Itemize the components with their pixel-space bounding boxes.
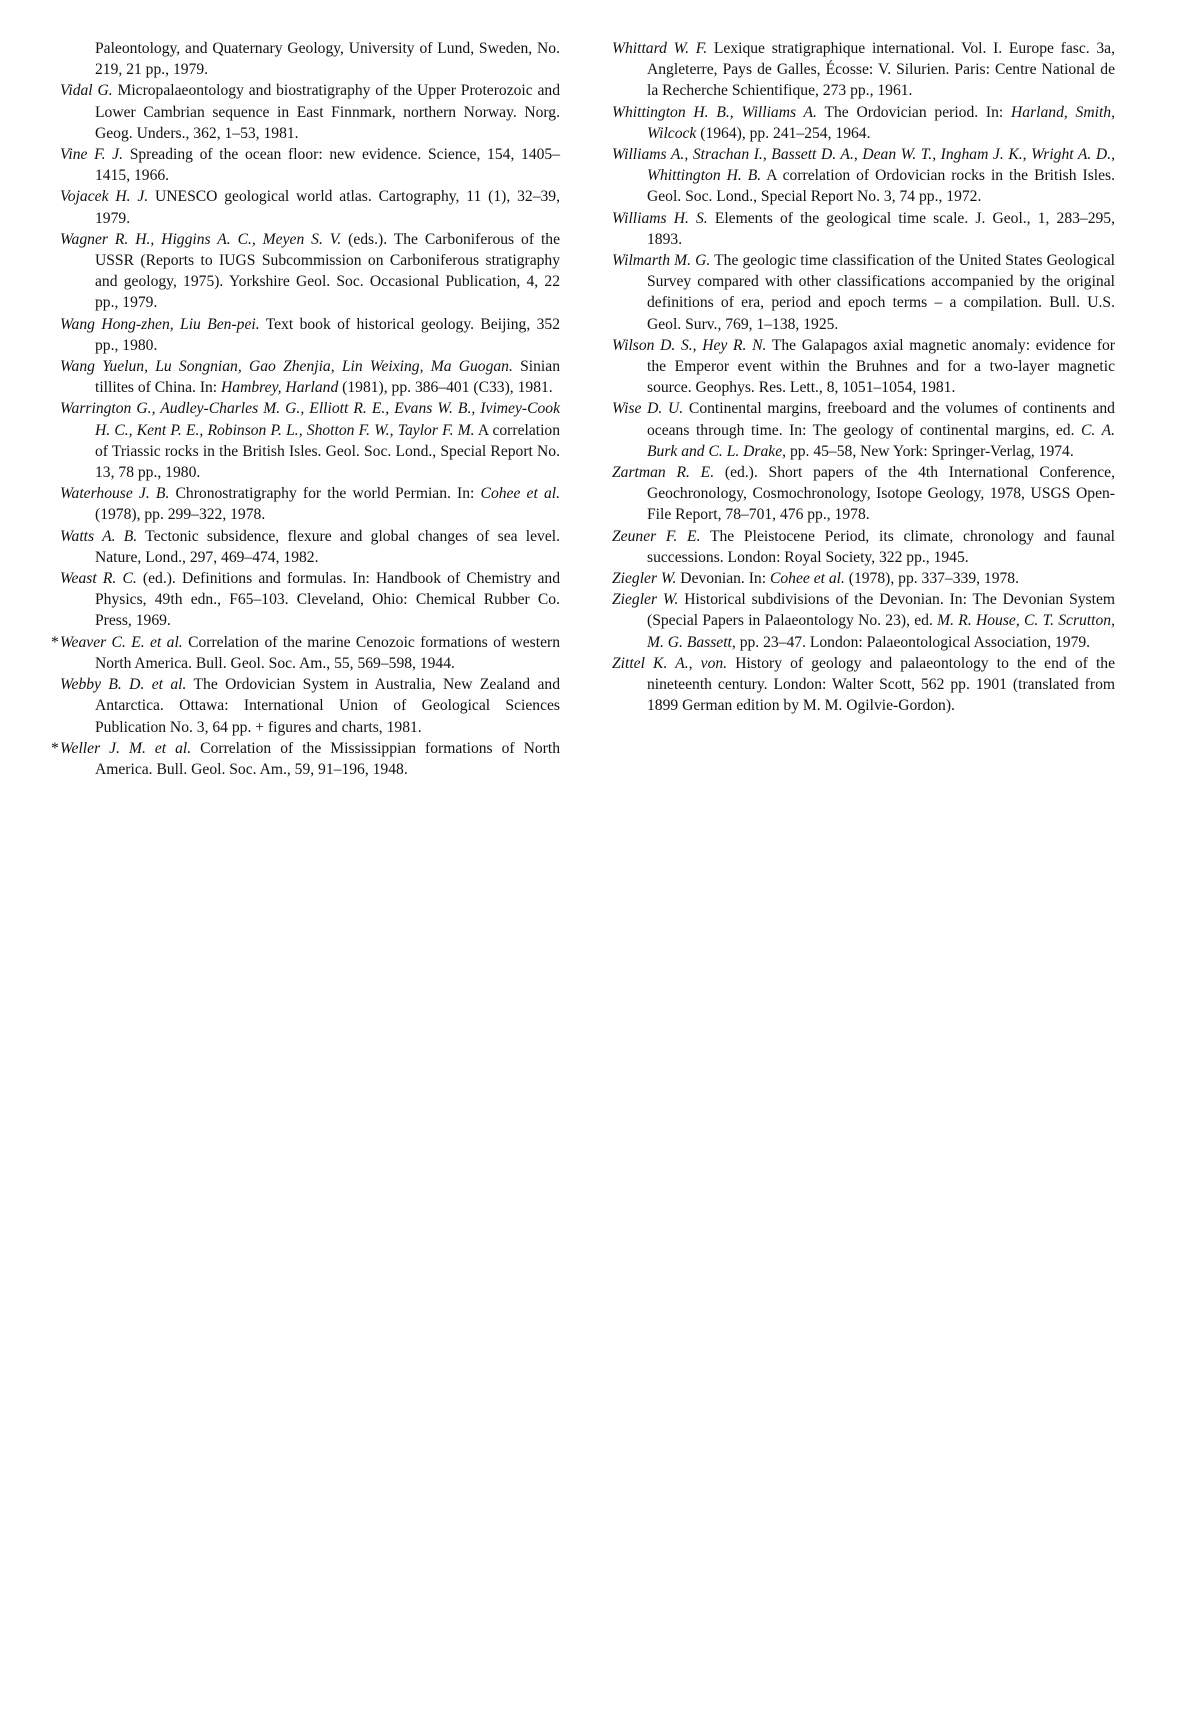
reference-entry: Williams A., Strachan I., Bassett D. A.,… bbox=[612, 144, 1115, 208]
reference-entry: Whittington H. B., Williams A. The Ordov… bbox=[612, 102, 1115, 144]
reference-entry: Zeuner F. E. The Pleistocene Period, its… bbox=[612, 526, 1115, 568]
reference-authors: Wise D. U. bbox=[612, 400, 683, 417]
reference-text: (1964), pp. 241–254, 1964. bbox=[696, 125, 870, 142]
reference-text: (1978), pp. 299–322, 1978. bbox=[95, 506, 265, 523]
reference-text: The Ordovician period. In: bbox=[817, 104, 1011, 121]
reference-entry: Wilmarth M. G. The geologic time classif… bbox=[612, 250, 1115, 335]
reference-text: Chronostratigraphy for the world Permian… bbox=[169, 485, 480, 502]
reference-entry: Weast R. C. (ed.). Definitions and formu… bbox=[60, 568, 560, 632]
reference-authors: Ziegler W. bbox=[612, 570, 676, 587]
reference-entry: Waterhouse J. B. Chronostratigraphy for … bbox=[60, 483, 560, 525]
reference-text: Paleontology, and Quaternary Geology, Un… bbox=[95, 40, 560, 78]
reference-italic-text: Cohee et al. bbox=[481, 485, 560, 502]
asterisk-marker: * bbox=[51, 738, 59, 759]
reference-entry: Watts A. B. Tectonic subsidence, flexure… bbox=[60, 526, 560, 568]
reference-authors: Vine F. J. bbox=[60, 146, 123, 163]
reference-entry: Vine F. J. Spreading of the ocean floor:… bbox=[60, 144, 560, 186]
reference-text: , pp. 23–47. London: Palaeontological As… bbox=[732, 634, 1090, 651]
reference-entry: Vidal G. Micropalaeontology and biostrat… bbox=[60, 80, 560, 144]
reference-authors: Webby B. D. et al. bbox=[60, 676, 186, 693]
reference-text: UNESCO geological world atlas. Cartograp… bbox=[95, 188, 560, 226]
reference-authors: Wilmarth M. G. bbox=[612, 252, 710, 269]
reference-authors: Williams H. S. bbox=[612, 210, 708, 227]
reference-authors: Weast R. C. bbox=[60, 570, 137, 587]
references-right-column: Whittard W. F. Lexique stratigraphique i… bbox=[612, 38, 1115, 717]
reference-entry: Wang Yuelun, Lu Songnian, Gao Zhenjia, L… bbox=[60, 356, 560, 398]
reference-text: Elements of the geological time scale. J… bbox=[647, 210, 1115, 248]
reference-text: Lexique stratigraphique international. V… bbox=[647, 40, 1115, 99]
reference-text: (ed.). Definitions and formulas. In: Han… bbox=[95, 570, 560, 629]
reference-authors: Whittington H. B., Williams A. bbox=[612, 104, 817, 121]
reference-authors: Watts A. B. bbox=[60, 528, 137, 545]
reference-entry: Wagner R. H., Higgins A. C., Meyen S. V.… bbox=[60, 229, 560, 314]
reference-entry: Wise D. U. Continental margins, freeboar… bbox=[612, 398, 1115, 462]
reference-authors: Wagner R. H., Higgins A. C., Meyen S. V. bbox=[60, 231, 341, 248]
reference-authors: Vojacek H. J. bbox=[60, 188, 148, 205]
reference-entry: Vojacek H. J. UNESCO geological world at… bbox=[60, 186, 560, 228]
reference-text: (ed.). Short papers of the 4th Internati… bbox=[647, 464, 1115, 523]
reference-authors: Whittard W. F. bbox=[612, 40, 707, 57]
reference-text: (1978), pp. 337–339, 1978. bbox=[845, 570, 1019, 587]
reference-text: (1981), pp. 386–401 (C33), 1981. bbox=[338, 379, 552, 396]
reference-authors: Vidal G. bbox=[60, 82, 113, 99]
reference-authors: Weaver C. E. et al. bbox=[60, 634, 183, 651]
reference-entry: Whittard W. F. Lexique stratigraphique i… bbox=[612, 38, 1115, 102]
reference-authors: Zeuner F. E. bbox=[612, 528, 701, 545]
reference-entry: Wilson D. S., Hey R. N. The Galapagos ax… bbox=[612, 335, 1115, 399]
reference-entry: Paleontology, and Quaternary Geology, Un… bbox=[60, 38, 560, 80]
reference-text: Devonian. In: bbox=[676, 570, 770, 587]
reference-text: The Pleistocene Period, its climate, chr… bbox=[647, 528, 1115, 566]
reference-entry: Warrington G., Audley-Charles M. G., Ell… bbox=[60, 398, 560, 483]
reference-authors: Zittel K. A., von. bbox=[612, 655, 727, 672]
reference-authors: Wang Yuelun, Lu Songnian, Gao Zhenjia, L… bbox=[60, 358, 513, 375]
reference-entry: *Weaver C. E. et al. Correlation of the … bbox=[60, 632, 560, 674]
reference-entry: Zartman R. E. (ed.). Short papers of the… bbox=[612, 462, 1115, 526]
reference-entry: Webby B. D. et al. The Ordovician System… bbox=[60, 674, 560, 738]
reference-entry: Ziegler W. Devonian. In: Cohee et al. (1… bbox=[612, 568, 1115, 589]
reference-authors: Ziegler W. bbox=[612, 591, 678, 608]
reference-text: Micropalaeontology and biostratigraphy o… bbox=[95, 82, 560, 141]
reference-entry: Williams H. S. Elements of the geologica… bbox=[612, 208, 1115, 250]
reference-entry: *Weller J. M. et al. Correlation of the … bbox=[60, 738, 560, 780]
asterisk-marker: * bbox=[51, 632, 59, 653]
reference-text: Continental margins, freeboard and the v… bbox=[647, 400, 1115, 438]
reference-entry: Ziegler W. Historical subdivisions of th… bbox=[612, 589, 1115, 653]
reference-authors: Wilson D. S., Hey R. N. bbox=[612, 337, 766, 354]
reference-entry: Zittel K. A., von. History of geology an… bbox=[612, 653, 1115, 717]
reference-italic-text: Hambrey, Harland bbox=[221, 379, 338, 396]
reference-authors: Weller J. M. et al. bbox=[60, 740, 191, 757]
reference-text: Tectonic subsidence, flexure and global … bbox=[95, 528, 560, 566]
reference-entry: Wang Hong-zhen, Liu Ben-pei. Text book o… bbox=[60, 314, 560, 356]
reference-text: Spreading of the ocean floor: new eviden… bbox=[95, 146, 560, 184]
reference-italic-text: Cohee et al. bbox=[770, 570, 845, 587]
reference-text: The geologic time classification of the … bbox=[647, 252, 1115, 333]
references-left-column: Paleontology, and Quaternary Geology, Un… bbox=[60, 38, 560, 780]
reference-authors: Waterhouse J. B. bbox=[60, 485, 169, 502]
reference-text: , pp. 45–58, New York: Springer-Verlag, … bbox=[782, 443, 1074, 460]
reference-authors: Zartman R. E. bbox=[612, 464, 714, 481]
reference-authors: Wang Hong-zhen, Liu Ben-pei. bbox=[60, 316, 260, 333]
